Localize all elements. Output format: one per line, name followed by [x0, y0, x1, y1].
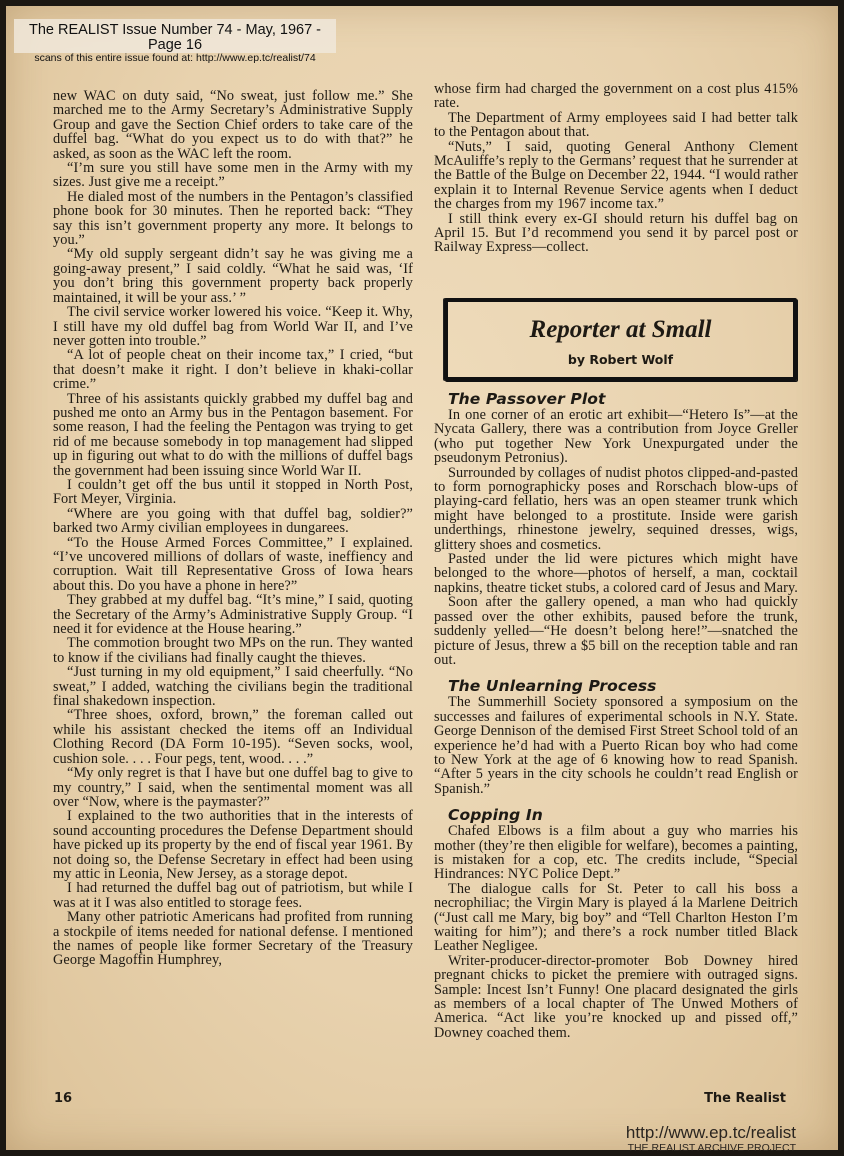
paragraph: “My only regret is that I have but one d…: [53, 766, 413, 809]
section-unlearning-process: The Unlearning Process The Summerhill So…: [434, 677, 798, 796]
paragraph: The dialogue calls for St. Peter to call…: [434, 882, 798, 954]
paragraph: I had returned the duffel bag out of pat…: [53, 881, 413, 910]
paragraph: new WAC on duty said, “No sweat, just fo…: [53, 89, 413, 161]
paragraph: “Just turning in my old equipment,” I sa…: [53, 665, 413, 708]
paragraph: Many other patriotic Americans had profi…: [53, 910, 413, 968]
section-copping-in: Copping In Chafed Elbows is a film about…: [434, 806, 798, 1040]
section-heading: Copping In: [434, 806, 798, 824]
paragraph: “A lot of people cheat on their income t…: [53, 348, 413, 391]
paragraph: I couldn’t get off the bus until it stop…: [53, 478, 413, 507]
byline: by Robert Wolf: [448, 352, 793, 367]
archive-url[interactable]: http://www.ep.tc/realist: [626, 1124, 796, 1142]
column-title: Reporter at Small: [448, 316, 793, 344]
paragraph: “Nuts,” I said, quoting General Anthony …: [434, 140, 798, 212]
paragraph: “Three shoes, oxford, brown,” the forema…: [53, 708, 413, 766]
paragraph: The civil service worker lowered his voi…: [53, 305, 413, 348]
paragraph: He dialed most of the numbers in the Pen…: [53, 190, 413, 248]
paragraph: “My old supply sergeant didn’t say he wa…: [53, 247, 413, 305]
magazine-page: The REALIST Issue Number 74 - May, 1967 …: [6, 6, 838, 1150]
paragraph: They grabbed at my duffel bag. “It’s min…: [53, 593, 413, 636]
archive-stamp: The REALIST Issue Number 74 - May, 1967 …: [14, 19, 336, 53]
left-column: new WAC on duty said, “No sweat, just fo…: [53, 89, 413, 968]
paragraph: Soon after the gallery opened, a man who…: [434, 595, 798, 667]
paragraph: whose firm had charged the government on…: [434, 82, 798, 111]
paragraph: The Department of Army employees said I …: [434, 111, 798, 140]
paragraph: Three of his assistants quickly grabbed …: [53, 392, 413, 478]
paragraph: Chafed Elbows is a film about a guy who …: [434, 824, 798, 882]
paragraph: I explained to the two authorities that …: [53, 809, 413, 881]
paragraph: Surrounded by collages of nudist photos …: [434, 466, 798, 552]
stamp-subtitle: scans of this entire issue found at: htt…: [14, 53, 336, 64]
paragraph: In one corner of an erotic art exhibit—“…: [434, 408, 798, 466]
paragraph: “To the House Armed Forces Committee,” I…: [53, 536, 413, 594]
paragraph: Writer-producer-director-promoter Bob Do…: [434, 954, 798, 1040]
stamp-title: The REALIST Issue Number 74 - May, 1967 …: [14, 23, 336, 53]
paragraph: The commotion brought two MPs on the run…: [53, 636, 413, 665]
magazine-name: The Realist: [704, 1091, 786, 1106]
right-column-sections: The Passover Plot In one corner of an er…: [434, 390, 798, 1040]
section-heading: The Passover Plot: [434, 390, 798, 408]
section-heading: The Unlearning Process: [434, 677, 798, 695]
section-passover-plot: The Passover Plot In one corner of an er…: [434, 390, 798, 667]
column-title-box: Reporter at Small by Robert Wolf: [444, 298, 797, 381]
paragraph: “Where are you going with that duffel ba…: [53, 507, 413, 536]
paragraph: “I’m sure you still have some men in the…: [53, 161, 413, 190]
paragraph: Pasted under the lid were pictures which…: [434, 552, 798, 595]
right-column-top: whose firm had charged the government on…: [434, 82, 798, 255]
paragraph: The Summerhill Society sponsored a sympo…: [434, 695, 798, 796]
page-number: 16: [54, 1091, 72, 1106]
archive-project: THE REALIST ARCHIVE PROJECT: [626, 1142, 796, 1154]
archive-credit: http://www.ep.tc/realist THE REALIST ARC…: [626, 1124, 796, 1154]
paragraph: I still think every ex-GI should return …: [434, 212, 798, 255]
